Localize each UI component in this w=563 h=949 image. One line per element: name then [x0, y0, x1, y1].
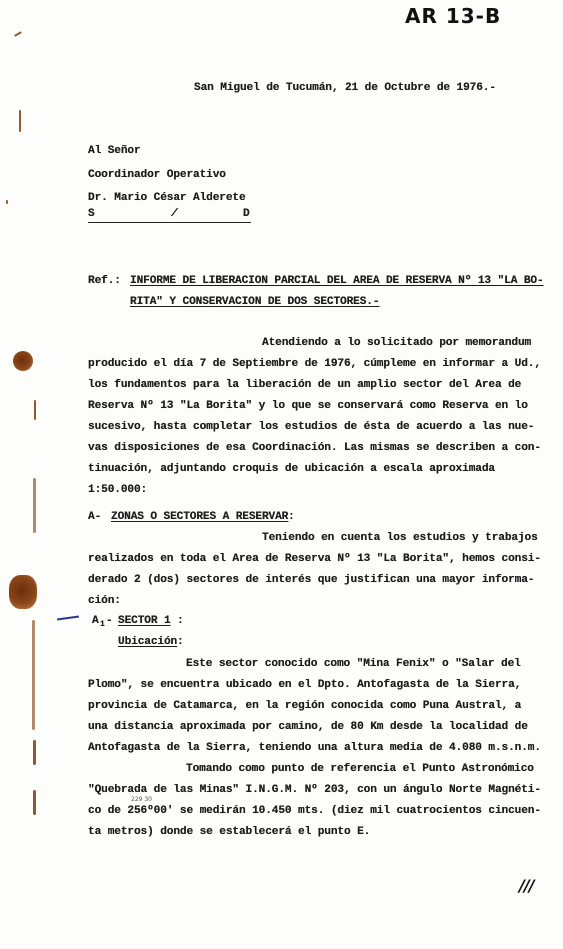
margin-stain	[14, 31, 22, 37]
ubicacion-label: Ubicación	[118, 636, 177, 648]
sector-1-title: SECTOR 1	[118, 615, 171, 627]
salutation-underline	[88, 222, 251, 223]
paragraph-line: Este sector conocido como "Mina Fenix" o…	[186, 658, 521, 670]
margin-stain	[33, 790, 36, 815]
paragraph-line: co de 256º00' se medirán 10.450 mts. (di…	[88, 805, 541, 817]
paragraph-line: Reserva Nº 13 "La Borita" y lo que se co…	[88, 400, 528, 412]
margin-stain	[32, 620, 35, 730]
paragraph-line: "Quebrada de las Minas" I.N.G.M. Nº 203,…	[88, 784, 541, 796]
paragraph-line: sucesivo, hasta completar los estudios d…	[88, 421, 534, 433]
paragraph-line: vas disposiciones de esa Coordinación. L…	[88, 442, 541, 454]
margin-stain	[34, 400, 36, 420]
paragraph-line: Atendiendo a lo solicitado por memorandu…	[262, 337, 531, 349]
margin-stain	[6, 200, 8, 204]
sector-1-dash: -	[106, 615, 113, 627]
archive-code: AR 13-B	[405, 4, 501, 28]
salutation-slash: /	[171, 208, 178, 220]
paragraph-line: ción:	[88, 595, 121, 607]
sector-1-subscript: 1	[100, 620, 105, 629]
paragraph-line: provincia de Catamarca, en la región con…	[88, 700, 521, 712]
sector-1-suffix: :	[177, 615, 184, 627]
addressee-line-1: Al Señor	[88, 145, 141, 157]
reference-label: Ref.:	[88, 275, 121, 287]
place-date: San Miguel de Tucumán, 21 de Octubre de …	[194, 82, 496, 94]
ubicacion-suffix: :	[177, 636, 184, 648]
paragraph-line: realizados en toda el Area de Reserva Nº…	[88, 553, 541, 565]
paragraph-line: tinuación, adjuntando croquis de ubicaci…	[88, 463, 495, 475]
reference-line-2: RITA" Y CONSERVACION DE DOS SECTORES.-	[130, 296, 379, 308]
handwritten-annotation: 229 30	[131, 796, 152, 803]
reference-line-1: INFORME DE LIBERACION PARCIAL DEL AREA D…	[130, 275, 544, 287]
paragraph-line: ta metros) donde se establecerá el punto…	[88, 826, 370, 838]
addressee-line-3: Dr. Mario César Alderete	[88, 192, 246, 204]
paragraph-line: 1:50.000:	[88, 484, 147, 496]
punch-hole	[9, 575, 37, 609]
salutation-s: S	[88, 208, 95, 220]
addressee-line-2: Coordinador Operativo	[88, 169, 226, 181]
paragraph-line: Tomando como punto de referencia el Punt…	[186, 763, 534, 775]
continuation-mark: ///	[519, 876, 534, 895]
document-page: AR 13-B San Miguel de Tucumán, 21 de Oct…	[0, 0, 563, 949]
pen-mark	[57, 615, 79, 620]
paragraph-line: derado 2 (dos) sectores de interés que j…	[88, 574, 534, 586]
punch-hole	[13, 351, 33, 371]
salutation-d: D	[243, 208, 250, 220]
section-a-title: ZONAS O SECTORES A RESERVAR	[111, 511, 288, 523]
paragraph-line: producido el día 7 de Septiembre de 1976…	[88, 358, 541, 370]
paragraph-line: Plomo", se encuentra ubicado en el Dpto.…	[88, 679, 521, 691]
margin-stain	[19, 110, 21, 132]
section-a-prefix: A-	[88, 511, 101, 523]
margin-stain	[33, 478, 36, 533]
paragraph-line: los fundamentos para la liberación de un…	[88, 379, 521, 391]
section-a-suffix: :	[288, 511, 295, 523]
paragraph-line: Teniendo en cuenta los estudios y trabaj…	[262, 532, 538, 544]
margin-stain	[33, 740, 36, 765]
paragraph-line: Antofagasta de la Sierra, teniendo una a…	[88, 742, 541, 754]
sector-1-prefix: A	[92, 615, 99, 627]
paragraph-line: una distancia aproximada por camino, de …	[88, 721, 528, 733]
